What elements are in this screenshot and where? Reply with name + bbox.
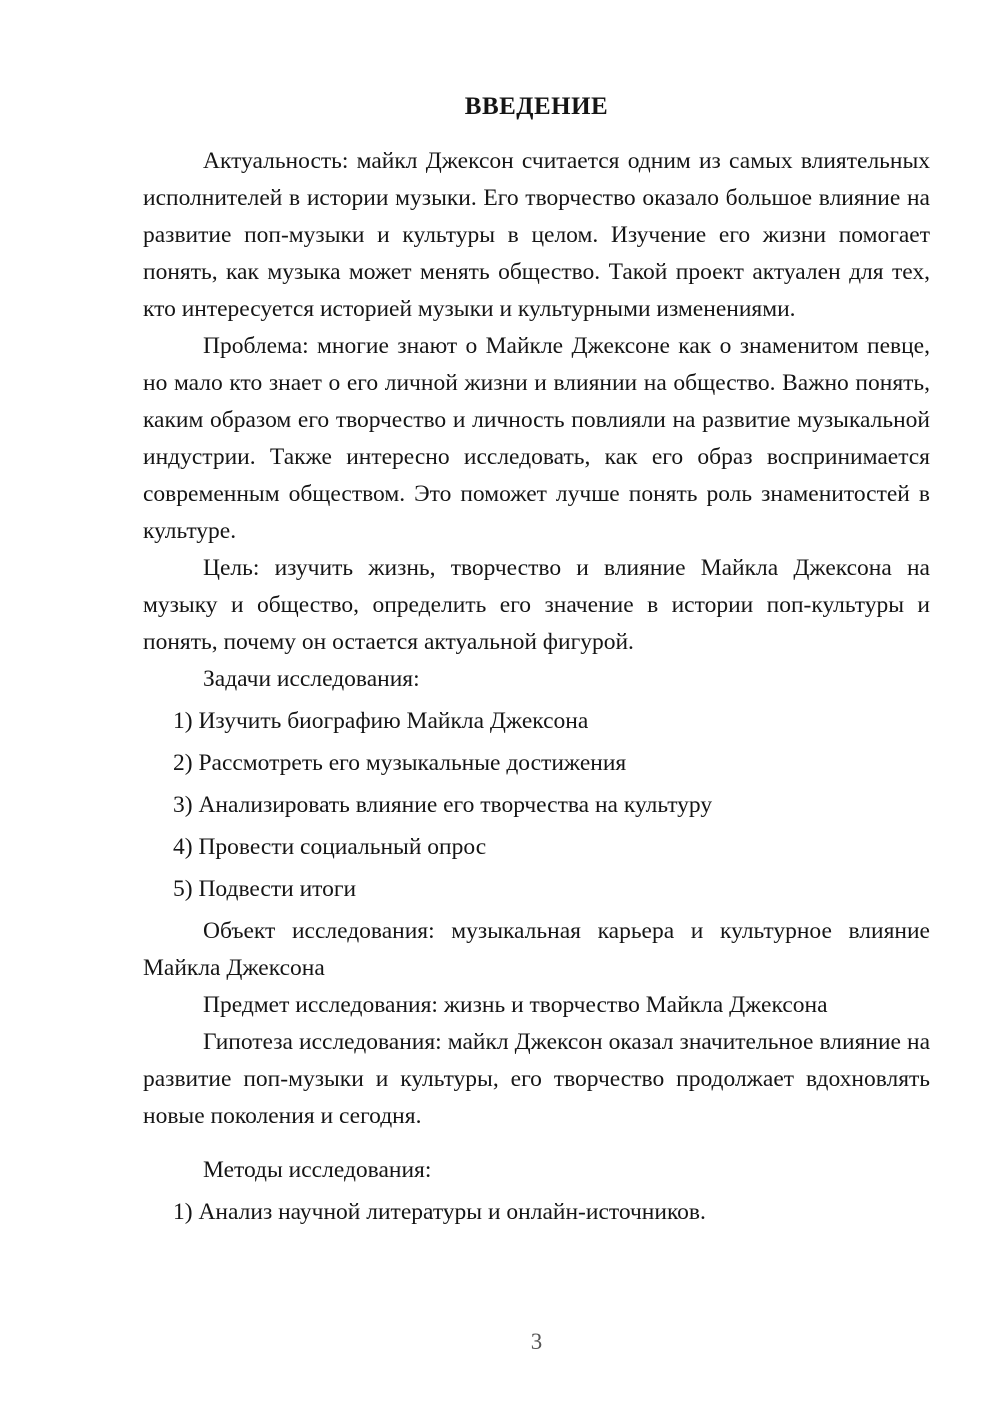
- methods-heading: Методы исследования:: [143, 1152, 930, 1189]
- task-item-3: 3) Анализировать влияние его творчества …: [143, 787, 930, 824]
- paragraph-relevance: Актуальность: майкл Джексон считается од…: [143, 143, 930, 328]
- method-item-1: 1) Анализ научной литературы и онлайн-ис…: [143, 1194, 930, 1231]
- paragraph-object: Объект исследования: музыкальная карьера…: [143, 913, 930, 987]
- task-item-1: 1) Изучить биографию Майкла Джексона: [143, 703, 930, 740]
- page-number: 3: [143, 1328, 930, 1355]
- paragraph-goal: Цель: изучить жизнь, творчество и влияни…: [143, 550, 930, 661]
- paragraph-problem: Проблема: многие знают о Майкле Джексоне…: [143, 328, 930, 550]
- page-title: ВВЕДЕНИЕ: [143, 88, 930, 125]
- tasks-heading: Задачи исследования:: [143, 661, 930, 698]
- document-page: ВВЕДЕНИЕ Актуальность: майкл Джексон счи…: [0, 0, 1000, 1414]
- task-item-4: 4) Провести социальный опрос: [143, 829, 930, 866]
- paragraph-hypothesis: Гипотеза исследования: майкл Джексон ока…: [143, 1024, 930, 1135]
- task-item-2: 2) Рассмотреть его музыкальные достижени…: [143, 745, 930, 782]
- task-item-5: 5) Подвести итоги: [143, 871, 930, 908]
- paragraph-subject: Предмет исследования: жизнь и творчество…: [143, 987, 930, 1024]
